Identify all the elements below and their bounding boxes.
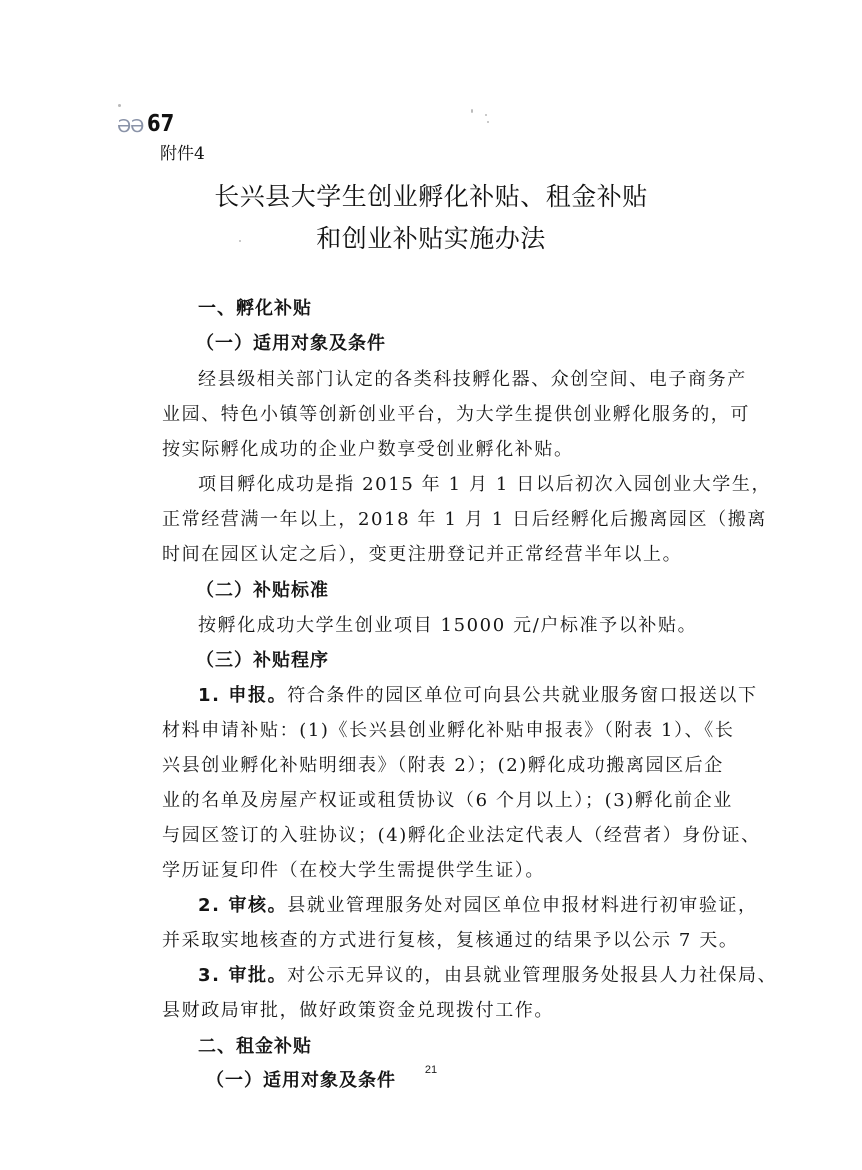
scan-speck bbox=[118, 104, 121, 107]
step-2-text: 县就业管理服务处对园区单位申报材料进行初审验证， bbox=[287, 895, 757, 916]
step-1-line: 1. 申报。符合条件的园区单位可向县公共就业服务窗口报送以下 bbox=[198, 683, 758, 709]
step-1-label: 1. 申报。 bbox=[198, 685, 287, 706]
scan-speck bbox=[471, 109, 473, 113]
scan-speck bbox=[487, 121, 489, 123]
paragraph-line: 学历证复印件（在校大学生需提供学生证）。 bbox=[162, 858, 545, 884]
paragraph-line: 业的名单及房屋产权证或租赁协议（6 个月以上）；(3)孵化前企业 bbox=[162, 788, 733, 814]
paragraph-line: 县财政局审批，做好政策资金兑现拨付工作。 bbox=[162, 998, 554, 1024]
paragraph-line: 正常经营满一年以上，2018 年 1 月 1 日后经孵化后搬离园区（搬离 bbox=[162, 507, 767, 533]
attachment-label: 附件4 bbox=[160, 142, 205, 166]
step-2-line: 2. 审核。县就业管理服务处对园区单位申报材料进行初审验证， bbox=[198, 893, 758, 919]
document-page: ƏƏ 67 附件4 长兴县大学生创业孵化补贴、租金补贴 和创业补贴实施办法 一、… bbox=[0, 0, 862, 1170]
section-heading: 二、租金补贴 bbox=[198, 1034, 312, 1060]
subsection-heading: （三）补贴程序 bbox=[196, 648, 329, 674]
subsection-heading: （二）补贴标准 bbox=[196, 578, 329, 604]
file-stamp: ƏƏ 67 bbox=[117, 113, 179, 136]
document-title-line-1: 长兴县大学生创业孵化补贴、租金补贴 bbox=[0, 180, 862, 214]
page-number: 21 bbox=[0, 1064, 862, 1076]
stamp-faint-mark: ƏƏ bbox=[117, 118, 143, 136]
section-heading: 一、孵化补贴 bbox=[198, 296, 312, 322]
paragraph-line: 材料申请补贴：(1)《长兴县创业孵化补贴申报表》（附表 1）、《长 bbox=[162, 718, 734, 744]
stamp-number: 67 bbox=[147, 113, 174, 136]
paragraph-line: 兴县创业孵化补贴明细表》（附表 2）；(2)孵化成功搬离园区后企 bbox=[162, 753, 724, 779]
step-3-line: 3. 审批。对公示无异议的，由县就业管理服务处报县人力社保局、 bbox=[198, 963, 777, 989]
step-2-label: 2. 审核。 bbox=[198, 895, 287, 916]
paragraph-line: 与园区签订的入驻协议；(4)孵化企业法定代表人（经营者）身份证、 bbox=[162, 823, 761, 849]
paragraph-line: 按实际孵化成功的企业户数享受创业孵化补贴。 bbox=[162, 437, 574, 463]
paragraph-line: 按孵化成功大学生创业项目 15000 元/户标准予以补贴。 bbox=[198, 613, 697, 639]
step-1-text: 符合条件的园区单位可向县公共就业服务窗口报送以下 bbox=[287, 685, 757, 706]
subsection-heading: （一）适用对象及条件 bbox=[196, 331, 386, 357]
paragraph-line: 项目孵化成功是指 2015 年 1 月 1 日以后初次入园创业大学生， bbox=[198, 472, 771, 498]
paragraph-line: 业园、特色小镇等创新创业平台，为大学生提供创业孵化服务的，可 bbox=[162, 402, 750, 428]
document-title-line-2: 和创业补贴实施办法 bbox=[0, 222, 862, 256]
step-3-label: 3. 审批。 bbox=[198, 965, 287, 986]
step-3-text: 对公示无异议的，由县就业管理服务处报县人力社保局、 bbox=[287, 965, 777, 986]
scan-speck bbox=[485, 114, 487, 116]
paragraph-line: 经县级相关部门认定的各类科技孵化器、众创空间、电子商务产 bbox=[198, 367, 747, 393]
paragraph-line: 并采取实地核查的方式进行复核，复核通过的结果予以公示 7 天。 bbox=[162, 928, 739, 954]
paragraph-line: 时间在园区认定之后），变更注册登记并正常经营半年以上。 bbox=[162, 542, 682, 568]
